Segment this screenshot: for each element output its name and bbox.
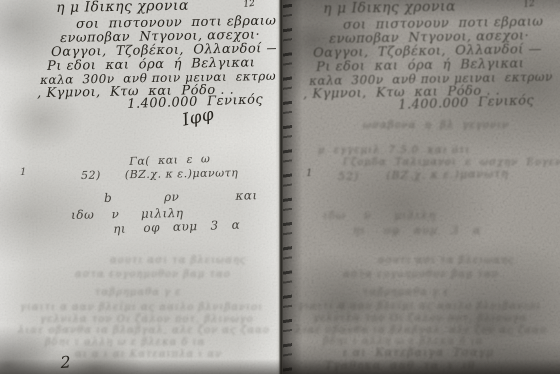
- ghost-line: Γζομδα Ταλιμανοι ε ωσχην Ευγενιλα —: [343, 158, 560, 168]
- margin-mark: 1: [20, 168, 27, 178]
- handwriting-line: 1.400.000 Γενικός: [398, 94, 534, 112]
- ghost-line: μ εγγεμιλ 7.5.0 και ότι: [318, 146, 470, 156]
- ghost-line: ταβρημαθα γ ε: [95, 288, 182, 298]
- ghost-line: αι α ι αι Κατεαιπλα ι αν: [75, 350, 222, 360]
- separator-scribble: Ιφφ: [181, 106, 216, 129]
- ghost-line: λιαε οβανθα ια βλαβγαλ, αλε ζον ας ζααο: [295, 326, 547, 336]
- ghost-line: λιαε οβανθα ια βλαβγαλ, αλε ζον ας ζααο: [18, 326, 270, 336]
- margin-mark: 1: [306, 169, 313, 179]
- ghost-line: αουτι ασι τα βλειωαης: [110, 256, 247, 266]
- handwriting-line: η μ Ιδικης χρονια: [56, 0, 189, 15]
- ghost-line: γελνιλα τον Οι ζάλον ποτ, βλινωγο: [313, 314, 527, 324]
- right-page: 12 η μ Ιδικης χρονια σοι πιστονουν ποτι …: [283, 0, 560, 374]
- handwriting-line: η μ Ιδικης χρονια: [323, 0, 456, 16]
- annotation-line: ηι οφ αυμ 3 α: [113, 219, 240, 235]
- ghost-line: γιαιτι α ααν βλεϊμι ας ααιλο βλνιβανιοι: [20, 303, 263, 313]
- annotation-line: 52) (ΒΖ.χ. κ ε.)μανωτη: [338, 168, 509, 182]
- ghost-line: ιδω ν μιλιλη: [323, 210, 436, 221]
- ghost-line: αστα ευγοημοθον βαμ ταο: [75, 270, 231, 280]
- ghost-line: αστα ευγοημοθον βαμ ταο: [343, 270, 499, 280]
- left-page: 12 η μ Ιδικης χρονια σοι πιστονουν ποτι …: [0, 0, 279, 374]
- torn-edge: [283, 0, 292, 374]
- annotation-line: Γα( και ε ω: [129, 153, 211, 167]
- ghost-line: Τγαθηκα ααθ τα ι ιθ: [325, 360, 475, 371]
- manuscript-scan: 12 η μ Ιδικης χρονια σοι πιστονουν ποτι …: [0, 0, 560, 374]
- ghost-line: αουτι ασι τα βλειωαης: [378, 256, 515, 266]
- annotation-line: 52) (ΒΖ.χ. κ ε.)μανωτη: [81, 167, 238, 181]
- left-page-number: 12: [243, 0, 255, 10]
- annotation-line: ιδω ν μιλιλη: [71, 207, 184, 221]
- ghost-line: ωσαβονα η βλ γεγονιν: [363, 121, 509, 131]
- ghost-line: ηι οφ αυμ 3 α: [353, 225, 481, 236]
- annotation-line: b ρν και: [104, 189, 258, 204]
- bottom-ink-mark: 2: [60, 354, 72, 371]
- ghost-line: ταβρημαθα γ ε: [363, 288, 450, 298]
- ghost-line: γελνιλα τον Οι ζάλον ποτ, βλινωγο: [40, 315, 254, 325]
- ghost-line: γιαιτι α ααν βλεϊμι ας ααιλο βλνιβανιοι: [298, 302, 541, 312]
- right-page-number: 12: [523, 0, 535, 10]
- ghost-line: βδηι ι αλλη ω ε βλεκα δ ια: [45, 338, 205, 348]
- ghost-line: ι αι Κατεβαιγα Τσαγμ: [343, 347, 494, 358]
